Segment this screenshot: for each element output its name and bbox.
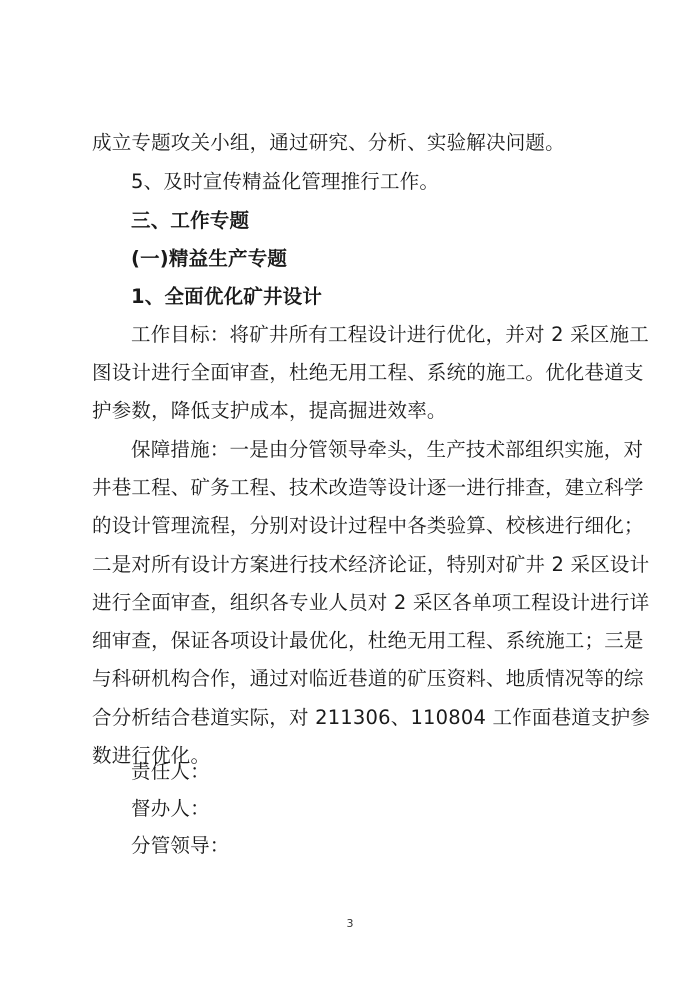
list-item-5: 5、及时宣传精益化管理推行工作。	[131, 170, 612, 194]
responsible-person-label: 责任人：	[131, 760, 612, 784]
measures-paragraph-line: 与科研机构合作，通过对临近巷道的矿压资料、地质情况等的综	[92, 667, 612, 691]
measures-paragraph-line: 合分析结合巷道实际，对 211306、110804 工作面巷道支护参	[92, 706, 612, 730]
measures-paragraph-line: 的设计管理流程，分别对设计过程中各类验算、校核进行细化；	[92, 514, 612, 538]
goal-paragraph-line: 工作目标：将矿井所有工程设计进行优化，并对 2 采区施工	[131, 323, 612, 347]
subsection-heading: (一)精益生产专题	[131, 247, 612, 271]
document-page: 成立专题攻关小组，通过研究、分析、实验解决问题。 5、及时宣传精益化管理推行工作…	[0, 0, 700, 990]
leader-in-charge-label: 分管领导：	[131, 834, 612, 858]
measures-paragraph-line: 细审查，保证各项设计最优化，杜绝无用工程、系统施工；三是	[92, 629, 612, 653]
item-heading: 1、全面优化矿井设计	[131, 285, 612, 309]
measures-paragraph-line: 井巷工程、矿务工程、技术改造等设计逐一进行排查，建立科学	[92, 476, 612, 500]
paragraph-line-continuation: 成立专题攻关小组，通过研究、分析、实验解决问题。	[92, 131, 612, 155]
page-number: 3	[0, 917, 700, 931]
measures-paragraph-line: 保障措施：一是由分管领导牵头，生产技术部组织实施，对	[131, 438, 612, 462]
goal-paragraph-line: 图设计进行全面审查，杜绝无用工程、系统的施工。优化巷道支	[92, 361, 612, 385]
section-heading: 三、工作专题	[131, 209, 612, 233]
measures-paragraph-line: 二是对所有设计方案进行技术经济论证，特别对矿井 2 采区设计	[92, 553, 612, 577]
supervisor-label: 督办人：	[131, 797, 612, 821]
goal-paragraph-line: 护参数，降低支护成本，提高掘进效率。	[92, 399, 612, 423]
measures-paragraph-line: 进行全面审查，组织各专业人员对 2 采区各单项工程设计进行详	[92, 591, 612, 615]
